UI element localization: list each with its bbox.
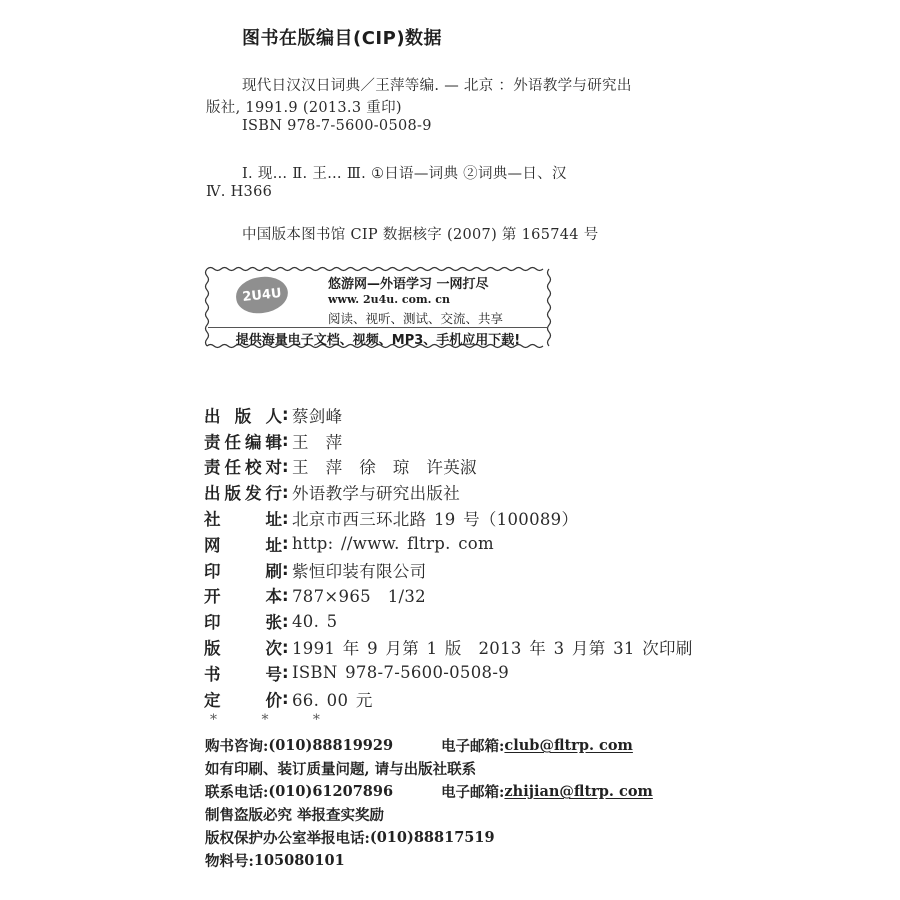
separator-stars: * * * — [210, 712, 320, 728]
info-row-edition: 版次 : 1991 年 9 月第 1 版 2013 年 3 月第 31 次印刷 — [204, 634, 693, 660]
copyright-label: 版权保护办公室举报电话: — [205, 827, 370, 848]
cip-bibliographic-line: 现代日汉汉日词典／王萍等编. — 北京 ：外语教学与研究出 — [242, 74, 632, 95]
info-label: 印刷 — [204, 558, 282, 582]
contact-label: 联系电话: — [205, 781, 268, 802]
info-value: 王 萍 徐 琼 许英淑 — [292, 454, 477, 478]
info-value: 66. 00 元 — [292, 687, 373, 711]
info-label: 版次 — [204, 635, 282, 659]
info-value: 北京市西三环北路 19 号（100089） — [292, 506, 578, 530]
info-value: 40. 5 — [292, 612, 337, 631]
info-value: 蔡剑峰 — [292, 403, 342, 427]
info-label: 书号 — [204, 661, 282, 685]
info-label: 开本 — [204, 583, 282, 607]
piracy-note: 制售盗版必究 举报查实奖励 — [205, 804, 384, 825]
cip-subject-line: Ⅰ. 现… Ⅱ. 王… Ⅲ. ①日语—词典 ②词典—日、汉 — [242, 162, 567, 183]
info-row-printer: 印刷 : 紫恒印装有限公司 — [204, 557, 693, 583]
info-label: 责任编辑 — [204, 429, 282, 453]
info-row-publisher: 出版人 : 蔡剑峰 — [204, 402, 693, 428]
contact-phone: (010)61207896 — [268, 783, 393, 800]
material-label: 物料号: — [205, 850, 254, 871]
cip-publisher-line: 版社, 1991.9 (2013.3 重印) — [206, 96, 402, 117]
contact-phone-row: 联系电话: (010)61207896 电子邮箱: zhijian@fltrp.… — [205, 780, 653, 803]
ad-features: 阅读、视听、测试、交流、共享 — [328, 309, 503, 327]
info-value: 紫恒印装有限公司 — [292, 558, 426, 582]
info-row-isbn: 书号 : ISBN 978-7-5600-0508-9 — [204, 660, 693, 686]
cip-classification-line: Ⅳ. H366 — [206, 184, 272, 200]
ad-divider — [208, 327, 548, 328]
ad-url-link[interactable]: www. 2u4u. com. cn — [328, 293, 450, 306]
info-label: 定价 — [204, 687, 282, 711]
info-label: 网址 — [204, 532, 282, 556]
info-label: 出版发行 — [204, 480, 282, 504]
purchase-label: 购书咨询: — [205, 735, 268, 756]
info-label: 印张 — [204, 609, 282, 633]
publishing-info-table: 出版人 : 蔡剑峰 责任编辑 : 王 萍 责任校对 : 王 萍 徐 琼 许英淑 … — [204, 402, 693, 712]
info-value: 787×965 1/32 — [292, 583, 426, 607]
info-value: ISBN 978-7-5600-0508-9 — [292, 663, 509, 682]
info-row-sheets: 印张 : 40. 5 — [204, 608, 693, 634]
info-label: 出版人 — [204, 403, 282, 427]
cip-verification-line: 中国版本图书馆 CIP 数据核字 (2007) 第 165744 号 — [242, 223, 599, 244]
info-label: 责任校对 — [204, 454, 282, 478]
contact-block: 购书咨询: (010)88819929 电子邮箱: club@fltrp. co… — [205, 734, 653, 872]
copyright-row: 版权保护办公室举报电话: (010)88817519 — [205, 826, 653, 849]
email-label: 电子邮箱: — [441, 735, 504, 756]
ad-download-note: 提供海量电子文档、视频、MP3、手机应用下载! — [203, 329, 553, 348]
cip-title: 图书在版编目(CIP)数据 — [242, 24, 442, 50]
quality-note: 如有印刷、装订质量问题, 请与出版社联系 — [205, 758, 476, 779]
info-value: 外语教学与研究出版社 — [292, 480, 460, 504]
material-number: 105080101 — [254, 852, 345, 869]
info-row-editor: 责任编辑 : 王 萍 — [204, 428, 693, 454]
info-row-address: 社址 : 北京市西三环北路 19 号（100089） — [204, 505, 693, 531]
info-row-proofreader: 责任校对 : 王 萍 徐 琼 许英淑 — [204, 454, 693, 480]
purchase-row: 购书咨询: (010)88819929 电子邮箱: club@fltrp. co… — [205, 734, 653, 757]
info-row-website: 网址 : http: //www. fltrp. com — [204, 531, 693, 557]
website-link[interactable]: http: //www. fltrp. com — [292, 534, 494, 553]
email-link-zhijian[interactable]: zhijian@fltrp. com — [504, 783, 652, 800]
quality-row: 如有印刷、装订质量问题, 请与出版社联系 — [205, 757, 653, 780]
purchase-phone: (010)88819929 — [268, 737, 393, 754]
cip-isbn-line: ISBN 978-7-5600-0508-9 — [242, 118, 432, 134]
info-value: 王 萍 — [292, 429, 342, 453]
info-value: 1991 年 9 月第 1 版 2013 年 3 月第 31 次印刷 — [292, 635, 693, 659]
info-row-price: 定价 : 66. 00 元 — [204, 686, 693, 712]
material-row: 物料号: 105080101 — [205, 849, 653, 872]
email-label: 电子邮箱: — [441, 781, 504, 802]
ad-banner: 2U4U 悠游网—外语学习 一网打尽 www. 2u4u. com. cn 阅读… — [203, 265, 553, 350]
piracy-row: 制售盗版必究 举报查实奖励 — [205, 803, 653, 826]
info-row-distributor: 出版发行 : 外语教学与研究出版社 — [204, 479, 693, 505]
email-link-club[interactable]: club@fltrp. com — [504, 737, 632, 754]
info-row-format: 开本 : 787×965 1/32 — [204, 583, 693, 609]
copyright-phone: (010)88817519 — [370, 829, 495, 846]
ad-tagline: 悠游网—外语学习 一网打尽 — [328, 273, 489, 292]
info-label: 社址 — [204, 506, 282, 530]
